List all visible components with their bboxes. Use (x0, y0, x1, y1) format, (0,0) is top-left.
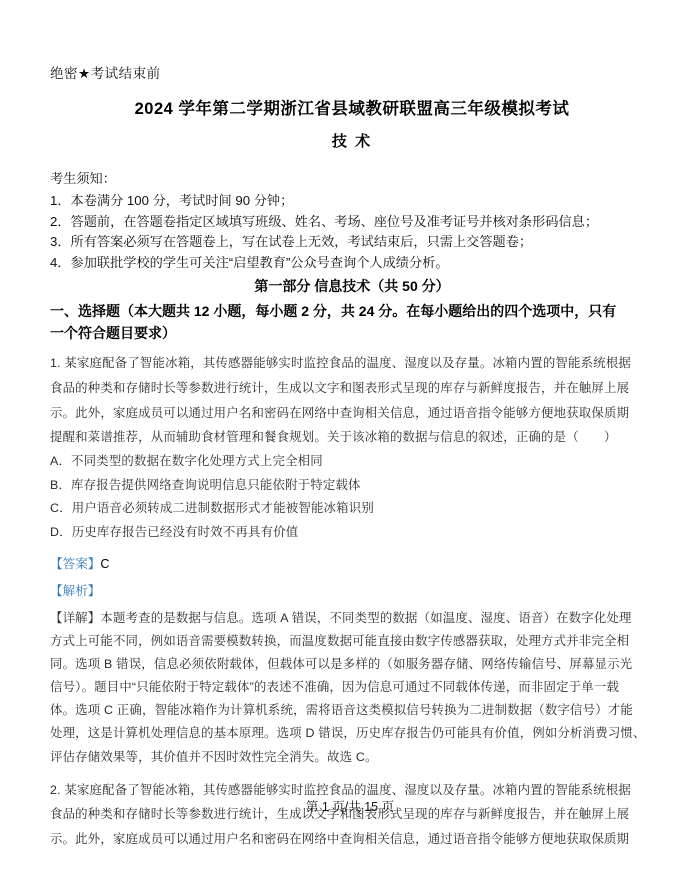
explanation-line: 体。选项 C 正确，智能冰箱作为计算机系统，需将语音这类模拟信号转换为二进制数据… (50, 699, 654, 722)
exam-subject: 技 术 (50, 130, 654, 151)
notice-list: 1．本卷满分 100 分，考试时间 90 分钟； 2．答题前，在答题卷指定区域填… (50, 191, 654, 273)
question-1-stem: 1. 某家庭配备了智能冰箱，其传感器能够实时监控食品的温度、湿度以及存量。冰箱内… (50, 351, 654, 449)
notice-title: 考生须知： (50, 168, 654, 187)
question-1-option-a: A．不同类型的数据在数字化处理方式上完全相同 (50, 450, 654, 474)
mcq-instructions-line: 一个符合题目要求） (50, 322, 654, 344)
explanation-line: 方式上可能不同，例如语音需要模数转换，而温度数据可能直接由数字传感器获取，处理方… (50, 630, 654, 653)
question-1-stem-line: 食品的种类和存储时长等参数进行统计，生成以文字和图表形式呈现的库存与新鲜度报告，… (50, 376, 654, 401)
question-1-option-d: D．历史库存报告已经没有时效不再具有价值 (50, 521, 654, 545)
security-banner: 绝密★考试结束前 (50, 0, 654, 82)
answer-label: 【答案】 (50, 557, 100, 571)
question-2-stem-line: 示。此外，家庭成员可以通过用户名和密码在网络中查询相关信息，通过语音指令能够方便… (50, 827, 654, 852)
explanation-line: 【详解】本题考查的是数据与信息。选项 A 错误，不同类型的数据（如温度、湿度、语… (50, 607, 654, 630)
explanation-line: 处理，这是计算机处理信息的基本原理。选项 D 错误，历史库存报告仍可能具有价值，… (50, 722, 654, 745)
analysis-label: 【解析】 (50, 584, 100, 598)
question-1-stem-line: 示。此外，家庭成员可以通过用户名和密码在网络中查询相关信息，通过语音指令能够方便… (50, 401, 654, 426)
question-1-answer: 【答案】C (50, 553, 654, 575)
exam-paper-page: 绝密★考试结束前 2024 学年第二学期浙江省县域教研联盟高三年级模拟考试 技 … (0, 0, 700, 878)
page-content: 绝密★考试结束前 2024 学年第二学期浙江省县域教研联盟高三年级模拟考试 技 … (0, 0, 700, 852)
explanation-line: 同。选项 B 错误，信息必须依附载体，但载体可以是多样的（如服务器存储、网络传输… (50, 653, 654, 676)
question-1-stem-line: 1. 某家庭配备了智能冰箱，其传感器能够实时监控食品的温度、湿度以及存量。冰箱内… (50, 351, 654, 376)
notice-item: 1．本卷满分 100 分，考试时间 90 分钟； (50, 191, 654, 212)
question-1-option-c: C．用户语音必须转成二进制数据形式才能被智能冰箱识别 (50, 497, 654, 521)
question-1-options: A．不同类型的数据在数字化处理方式上完全相同 B．库存报告提供网络查询说明信息只… (50, 450, 654, 545)
page-footer: 第 1 页/共 15 页 (0, 797, 700, 815)
notice-item: 2．答题前，在答题卷指定区域填写班级、姓名、考场、座位号及准考证号并核对条形码信… (50, 212, 654, 233)
explanation-line: 评估存储效果等，其价值并不因时效性完全消失。故选 C。 (50, 746, 654, 769)
notice-item: 4．参加联批学校的学生可关注“启望教育”公众号查询个人成绩分析。 (50, 253, 654, 274)
exam-title: 2024 学年第二学期浙江省县域教研联盟高三年级模拟考试 (50, 95, 654, 119)
notice-item: 3．所有答案必须写在答题卷上，写在试卷上无效，考试结束后，只需上交答题卷； (50, 232, 654, 253)
question-1-option-b: B．库存报告提供网络查询说明信息只能依附于特定载体 (50, 474, 654, 498)
mcq-instructions: 一、选择题（本大题共 12 小题，每小题 2 分，共 24 分。在每小题给出的四… (50, 300, 654, 344)
section-heading: 第一部分 信息技术（共 50 分） (50, 276, 654, 296)
question-1-analysis: 【解析】 (50, 580, 654, 602)
explanation-line: 信号）。题目中“只能依附于特定载体”的表述不准确，因为信息可通过不同载体传递，而… (50, 676, 654, 699)
mcq-instructions-line: 一、选择题（本大题共 12 小题，每小题 2 分，共 24 分。在每小题给出的四… (50, 300, 654, 322)
question-1-stem-line: 提醒和菜谱推荐，从而辅助食材管理和餐食规划。关于该冰箱的数据与信息的叙述，正确的… (50, 425, 654, 450)
question-1-explanation: 【详解】本题考查的是数据与信息。选项 A 错误，不同类型的数据（如温度、湿度、语… (50, 607, 654, 769)
answer-value: C (100, 557, 109, 571)
